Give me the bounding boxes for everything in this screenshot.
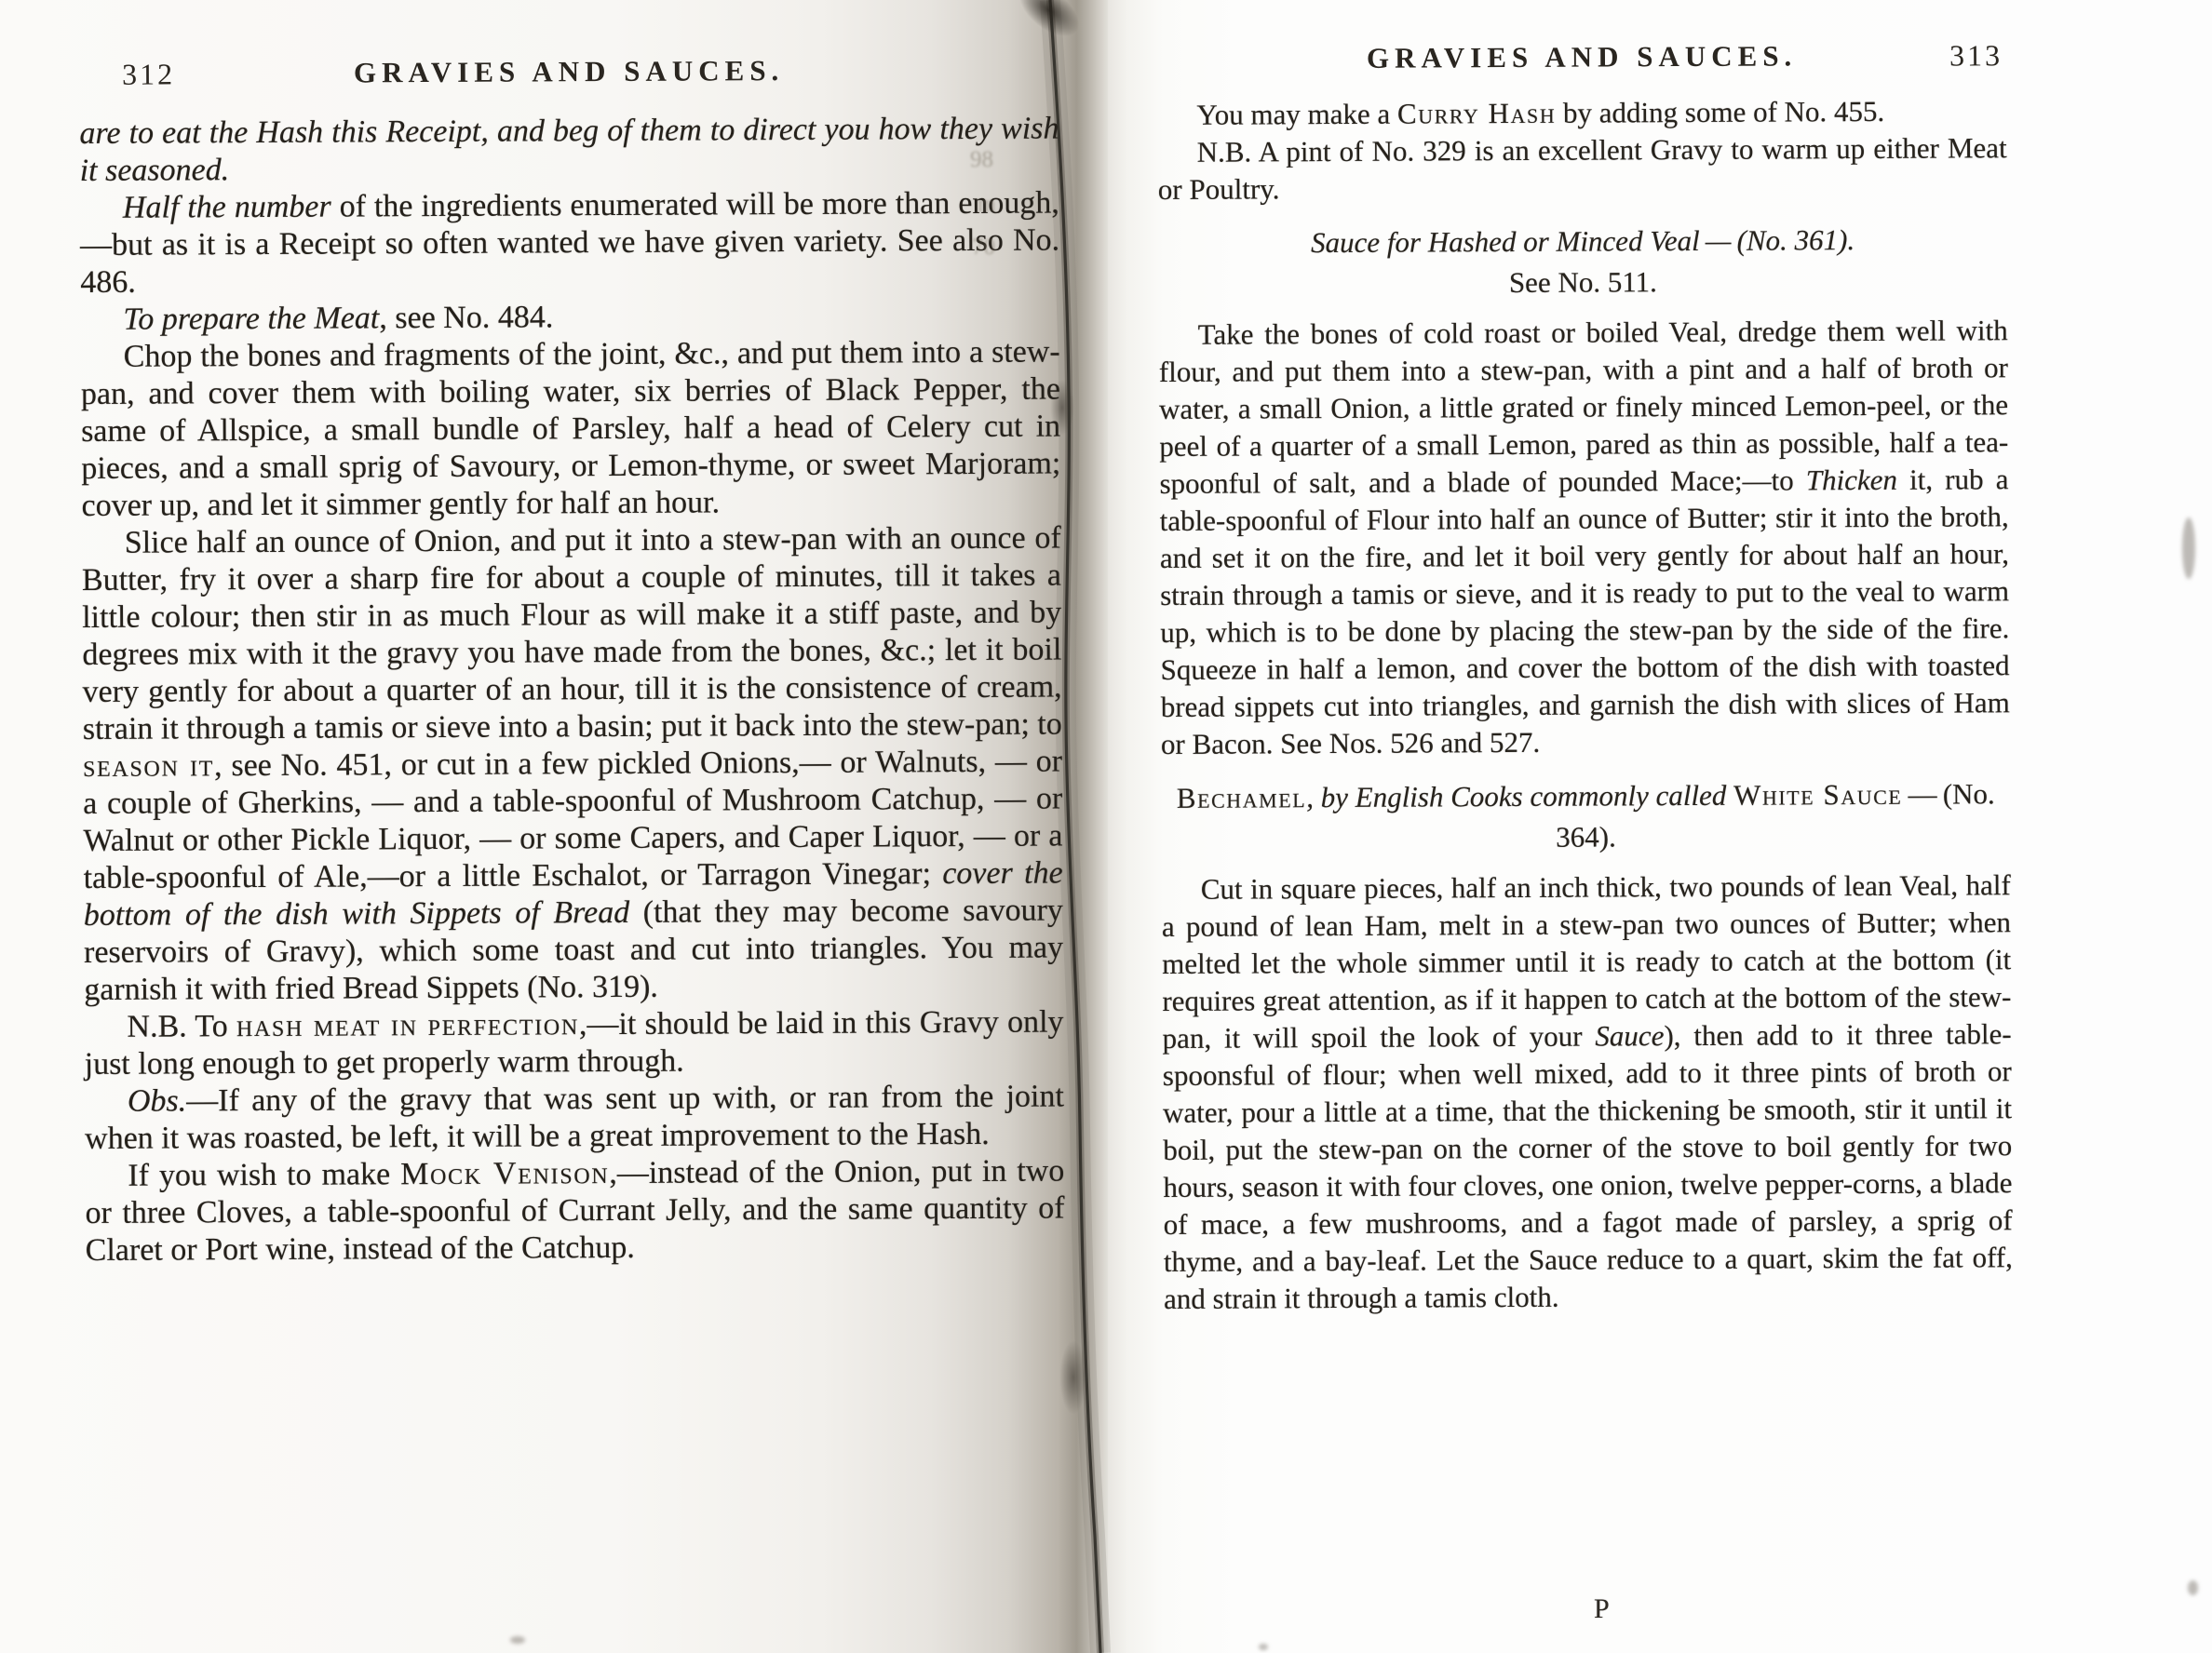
text-run: — (No. 361). — [1700, 223, 1855, 257]
text-run: ), then add to it three table-spoonsful … — [1163, 1017, 2013, 1315]
heading-line: See No. 511. — [1158, 260, 2007, 305]
text-run: Sauce for Hashed or Minced Veal — [1311, 224, 1700, 259]
paragraph: Take the bones of cold roast or boiled V… — [1159, 312, 2011, 763]
paper-speck — [1259, 1644, 1268, 1650]
scanned-book-spread: 312 GRAVIES AND SAUCES. are to eat the H… — [0, 0, 2212, 1653]
paragraph: If you wish to make Mock Venison,—instea… — [85, 1152, 1065, 1270]
paragraph: Half the number of the ingredients enume… — [80, 184, 1060, 302]
text-run: See No. 511. — [1509, 265, 1657, 299]
text-run: Bechamel — [1177, 781, 1307, 814]
text-run: Sauce — [1595, 1019, 1664, 1052]
text-run: Chop the bones and fragments of the join… — [81, 334, 1061, 523]
bleed-through-text: 70 — [972, 235, 995, 261]
running-header: GRAVIES AND SAUCES. — [79, 52, 1059, 91]
right-page-body: You may make a Curry Hash by adding some… — [1157, 92, 2013, 1318]
paragraph: Obs.—If any of the gravy that was sent u… — [85, 1078, 1064, 1158]
bleed-through-text: m — [978, 192, 995, 218]
paper-speck — [2182, 517, 2195, 579]
left-page-text-column: 312 GRAVIES AND SAUCES. are to eat the H… — [79, 47, 1065, 1269]
page-number: 313 — [1949, 38, 2003, 73]
section-heading: Bechamel, by English Cooks commonly call… — [1161, 773, 2010, 860]
text-run: season it — [83, 748, 214, 784]
right-page-header: GRAVIES AND SAUCES. 313 — [1157, 33, 2006, 91]
text-run: To prepare the Meat — [123, 301, 379, 336]
text-run: Curry Hash — [1397, 97, 1556, 130]
text-run: hash meat in perfection — [236, 1007, 579, 1043]
signature-mark: P — [1594, 1593, 1610, 1625]
paragraph: N.B. A pint of No. 329 is an excellent G… — [1158, 129, 2007, 208]
paragraph: Slice half an ounce of Onion, and put it… — [82, 519, 1064, 1009]
text-run: N.B. A pint of No. 329 is an excellent G… — [1158, 131, 2007, 206]
text-run: White Sauce — [1733, 778, 1902, 812]
text-run: —If any of the gravy that was sent up wi… — [85, 1079, 1064, 1156]
ink-smudge — [1059, 1340, 1087, 1415]
paragraph: N.B. To hash meat in perfection,—it shou… — [84, 1003, 1063, 1083]
left-page-body: are to eat the Hash this Receipt, and be… — [79, 110, 1064, 1269]
section-heading: Sauce for Hashed or Minced Veal — (No. 3… — [1158, 219, 2007, 305]
text-run: by adding some of No. 455. — [1556, 95, 1884, 129]
bleed-through-text: 98 — [970, 147, 993, 173]
text-run: Obs. — [128, 1083, 186, 1118]
running-header: GRAVIES AND SAUCES. — [1157, 38, 2006, 76]
heading-line: Sauce for Hashed or Minced Veal — (No. 3… — [1158, 219, 2007, 264]
text-run: Thicken — [1806, 464, 1897, 497]
text-run: N.B. To — [127, 1009, 236, 1044]
text-run: Mock Venison — [400, 1156, 609, 1191]
text-run: Slice half an ounce of Onion, and put it… — [82, 520, 1062, 746]
text-run: , see No. 484. — [379, 300, 553, 335]
paper-speck — [2188, 1580, 2198, 1595]
paragraph: You may make a Curry Hash by adding some… — [1157, 92, 2006, 134]
text-run: You may make a — [1196, 98, 1397, 131]
right-page-text-column: GRAVIES AND SAUCES. 313 You may make a C… — [1157, 33, 2013, 1318]
text-run: are to eat the Hash this Receipt, and be… — [79, 111, 1059, 188]
text-run: , see No. 451, or cut in a few pickled O… — [83, 744, 1062, 895]
paragraph: To prepare the Meat, see No. 484. — [80, 296, 1059, 339]
paragraph: are to eat the Hash this Receipt, and be… — [79, 110, 1059, 190]
heading-line: Bechamel, by English Cooks commonly call… — [1161, 773, 2010, 860]
text-run: If you wish to make — [128, 1157, 400, 1193]
left-page-header: 312 GRAVIES AND SAUCES. — [79, 47, 1059, 112]
paragraph: Cut in square pieces, half an inch thick… — [1162, 867, 2014, 1318]
paragraph: Chop the bones and fragments of the join… — [81, 333, 1061, 525]
text-run: it, rub a table-spoonful of Flour into h… — [1160, 463, 2010, 760]
text-run: Half the number — [123, 190, 331, 225]
text-run: , by English Cooks commonly called — [1306, 779, 1733, 813]
paper-speck — [510, 1636, 525, 1644]
